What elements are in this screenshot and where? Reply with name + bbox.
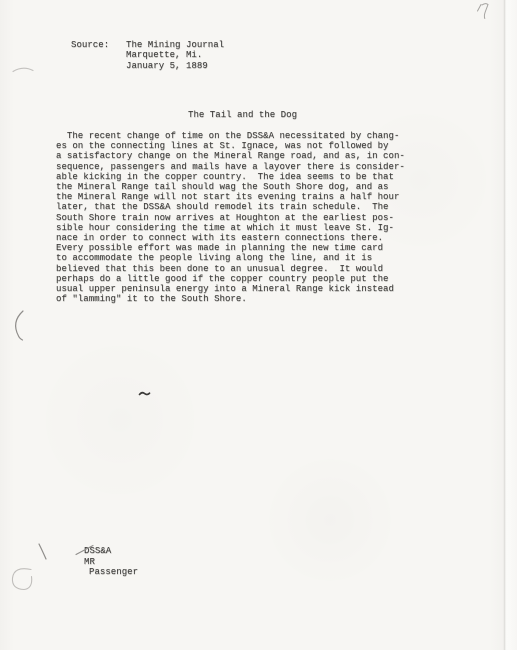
notation-line-mr: MR — [84, 557, 95, 567]
article-body: The recent change of time on the DSS&A n… — [56, 131, 412, 304]
source-date: January 5, 1889 — [126, 61, 208, 71]
notation-line-passenger: Passenger — [89, 567, 138, 577]
pencil-parenthesis-mark-icon — [16, 311, 23, 340]
pencil-margin-curve-icon — [13, 68, 33, 71]
pencil-loop-mark-icon — [12, 569, 31, 590]
notation-line-dssa: DSS&A — [84, 546, 111, 556]
article-title: The Tail and the Dog — [188, 110, 297, 120]
source-location: Marquette, Mi. — [126, 50, 202, 60]
pencil-corner-numeral-17-icon — [478, 4, 489, 19]
source-publication: The Mining Journal — [126, 40, 224, 50]
scanned-document-page: Source: The Mining Journal Marquette, Mi… — [0, 0, 517, 650]
dark-tilde-mark-icon — [140, 393, 150, 395]
scan-artifacts-overlay — [0, 0, 517, 650]
source-label: Source: — [71, 40, 109, 50]
pencil-slash-mark-icon — [39, 544, 46, 559]
